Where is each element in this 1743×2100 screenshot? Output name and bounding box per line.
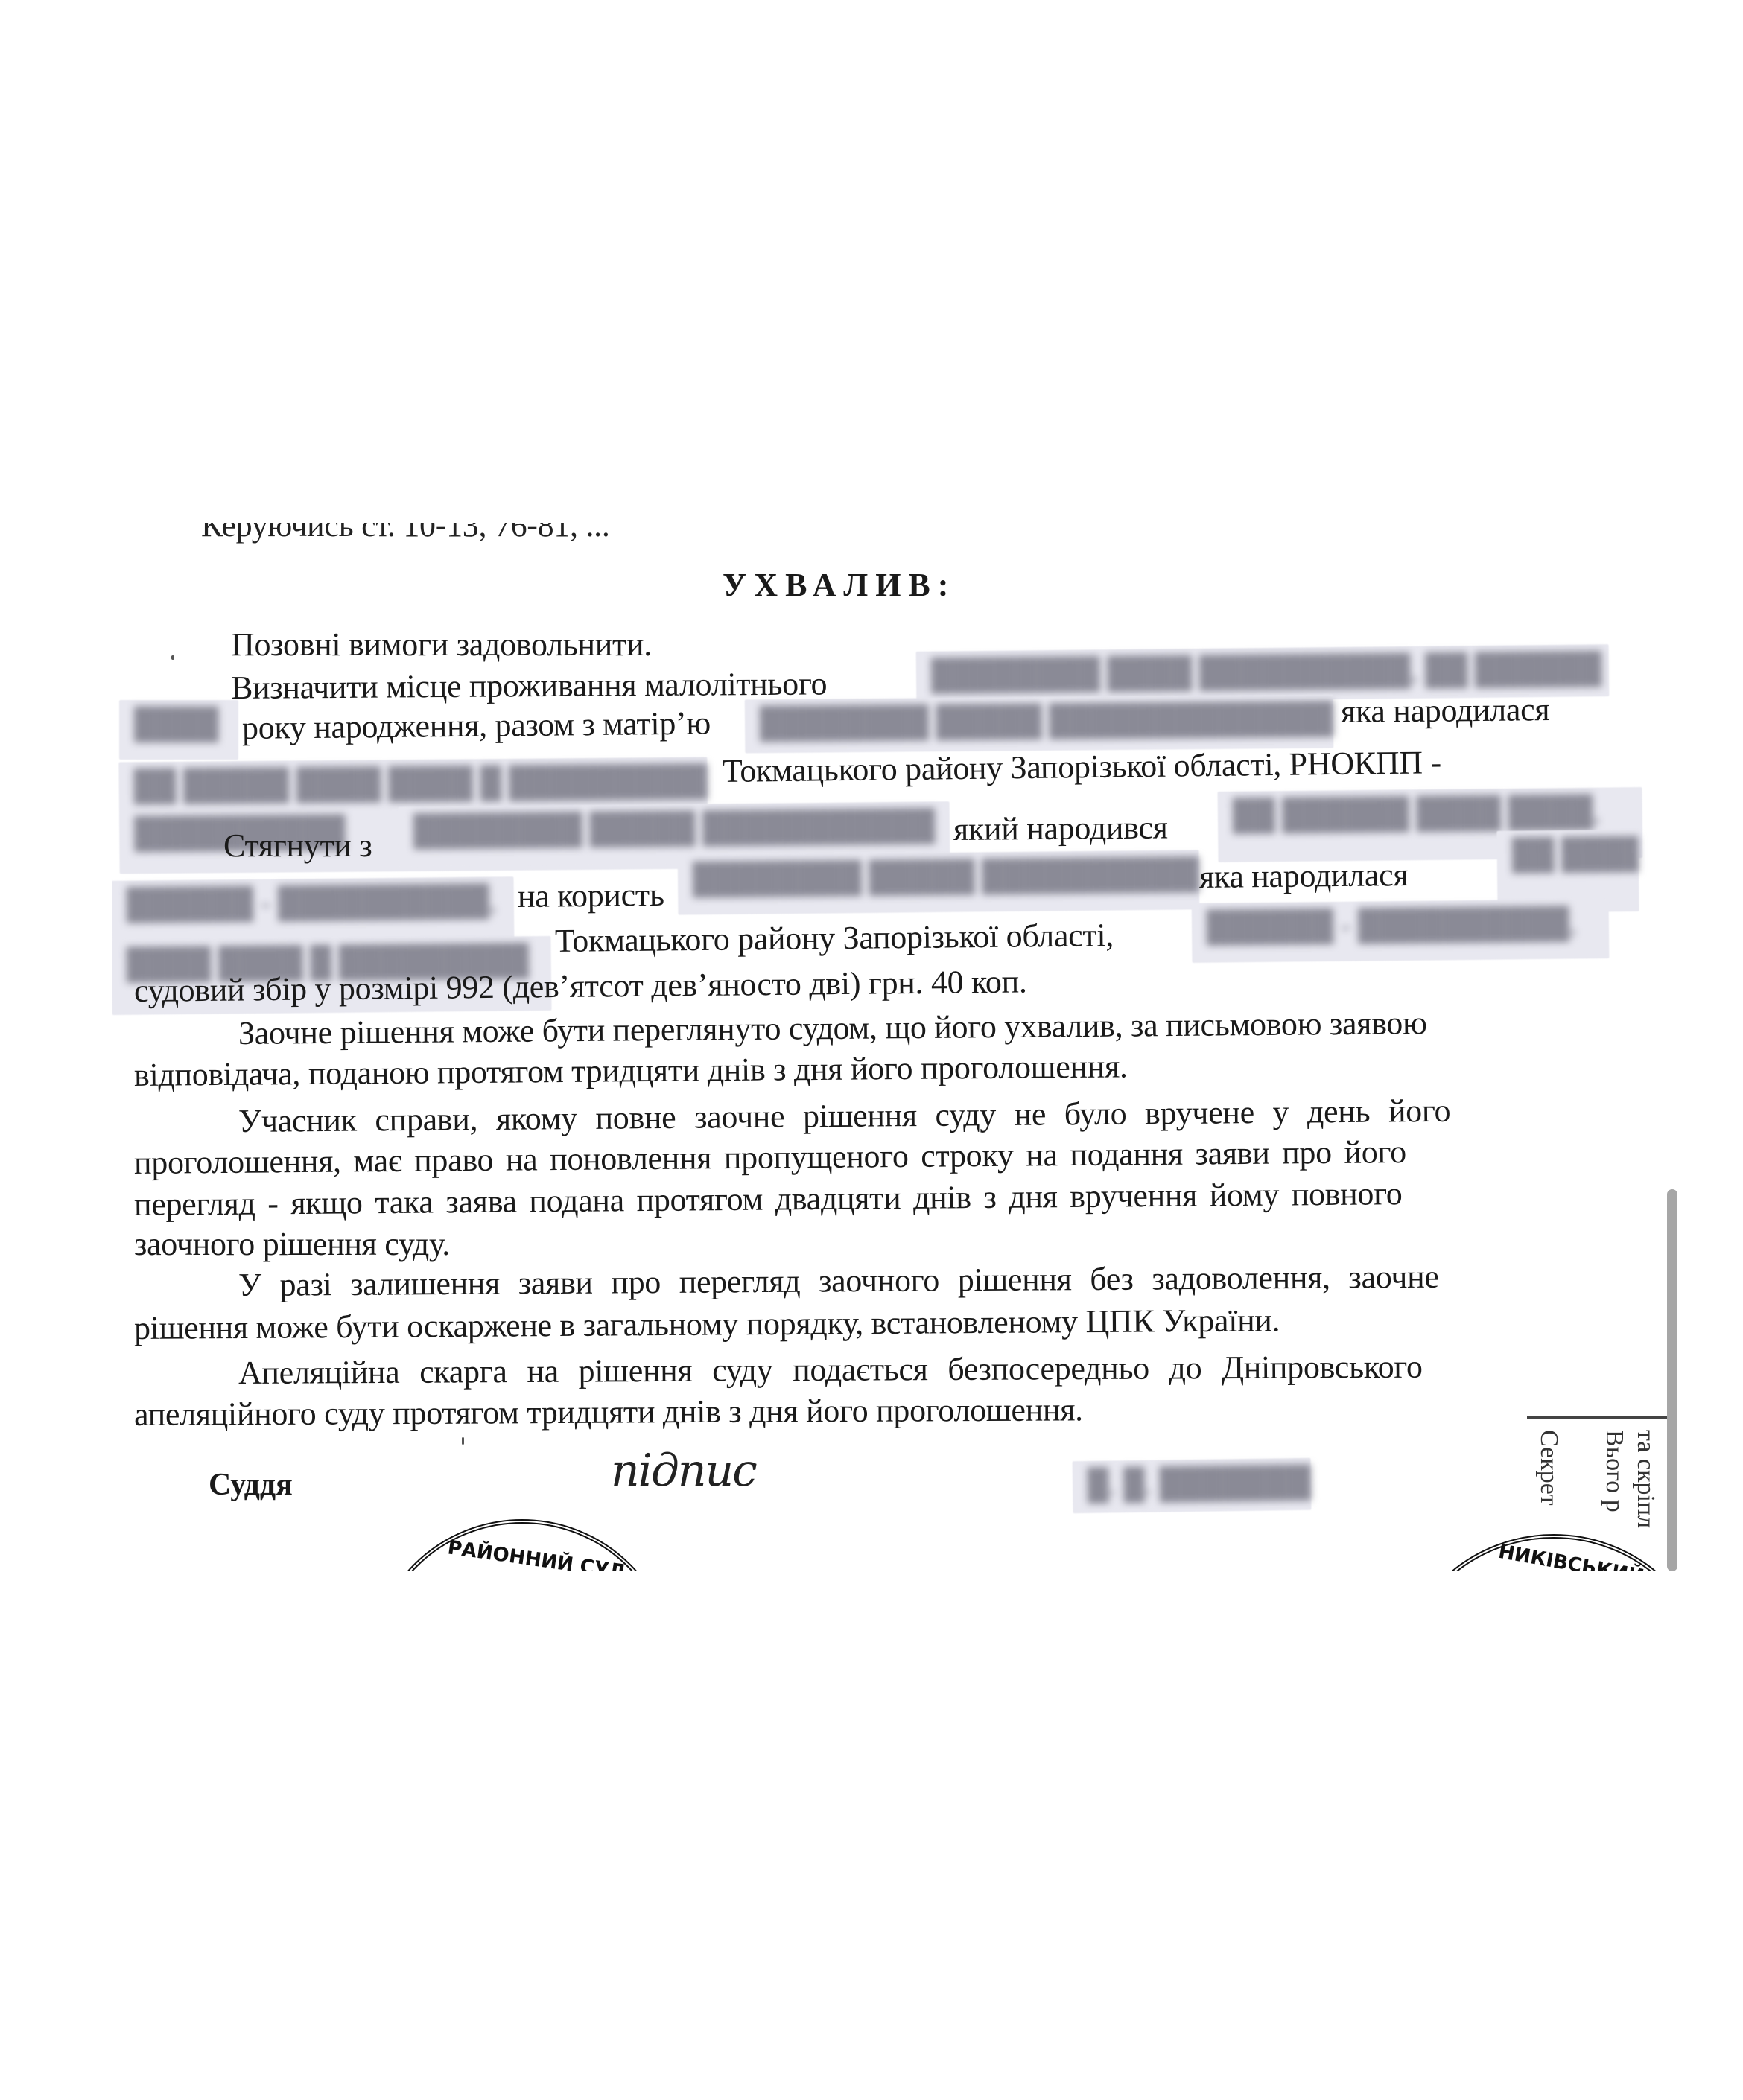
paragraph-residence-line2b: яка народилася — [1341, 690, 1550, 731]
paragraph-appeal-general-line2: рішення може бути оскаржене в загальному… — [134, 1301, 1280, 1348]
vertical-scrollbar-thumb[interactable] — [1667, 1189, 1677, 1571]
paragraph-participant-line2: проголошення, має право на поновлення пр… — [134, 1133, 1406, 1183]
paragraph-collect-line2: на користь — [518, 876, 664, 916]
margin-text-2: Вього р — [1600, 1430, 1628, 1512]
document-page: Керуючись ст. 10-13, 76-81, ... УХВАЛИВ:… — [112, 477, 1683, 1571]
paragraph-appeal-court-line2: апеляційного суду протягом тридцяти днів… — [134, 1390, 1083, 1434]
margin-text-1: та скріпл — [1631, 1430, 1660, 1528]
scan-speck — [462, 1437, 464, 1445]
paragraph-collect-line2b: яка народилася — [1199, 856, 1409, 897]
judge-name-redaction: █. █. ████████ — [1073, 1458, 1312, 1513]
paragraph-review-line2: відповідача, поданою протягом тридцяти д… — [134, 1047, 1128, 1095]
margin-line — [1527, 1416, 1676, 1419]
document-viewer: Керуючись ст. 10-13, 76-81, ... УХВАЛИВ:… — [0, 0, 1743, 2100]
paragraph-residence-line2: року народження, разом з матір’ю — [242, 704, 711, 748]
paragraph-residence-line1: Визначити місце проживання малолітнього — [231, 664, 828, 707]
decision-heading: УХВАЛИВ: — [723, 566, 956, 604]
paragraph-collect-line1: Стягнути з — [223, 827, 372, 865]
judge-signature: підпис — [611, 1445, 756, 1497]
paragraph-participant-line4: заочного рішення суду. — [134, 1225, 450, 1264]
redaction-block: ████████ █████ ███████████████ — [745, 695, 1334, 754]
scan-speck — [171, 655, 174, 660]
judge-label: Суддя — [209, 1467, 293, 1503]
redaction-block: ████████ █████ ███████████ — [678, 850, 1200, 914]
cut-off-line: Керуючись ст. 10-13, 76-81, ... — [201, 506, 610, 545]
redaction-block: ████ — [119, 700, 238, 760]
paragraph-court-fee: судовий збір у розмірі 992 (дев’ятсот де… — [134, 962, 1027, 1011]
paragraph-participant-line3: перегляд - якщо така заява подана протяг… — [134, 1174, 1403, 1224]
paragraph-claims-satisfied: Позовні вимоги задовольнити. — [231, 626, 652, 664]
paragraph-collect-line3: Токмацького району Запорізької області, — [555, 916, 1114, 961]
margin-text-3: Секрет — [1534, 1430, 1563, 1506]
paragraph-collect-line1b: який народився — [953, 808, 1168, 849]
paragraph-residence-line3: Токмацького району Запорізької області, … — [723, 743, 1441, 791]
paragraph-appeal-general-line1: У разі залишення заяви про перегляд заоч… — [238, 1258, 1439, 1305]
redaction-block: ██████ - ██████████, — [1192, 899, 1610, 963]
paragraph-appeal-court-line1: Апеляційна скарга на рішення суду подаєт… — [238, 1348, 1423, 1393]
